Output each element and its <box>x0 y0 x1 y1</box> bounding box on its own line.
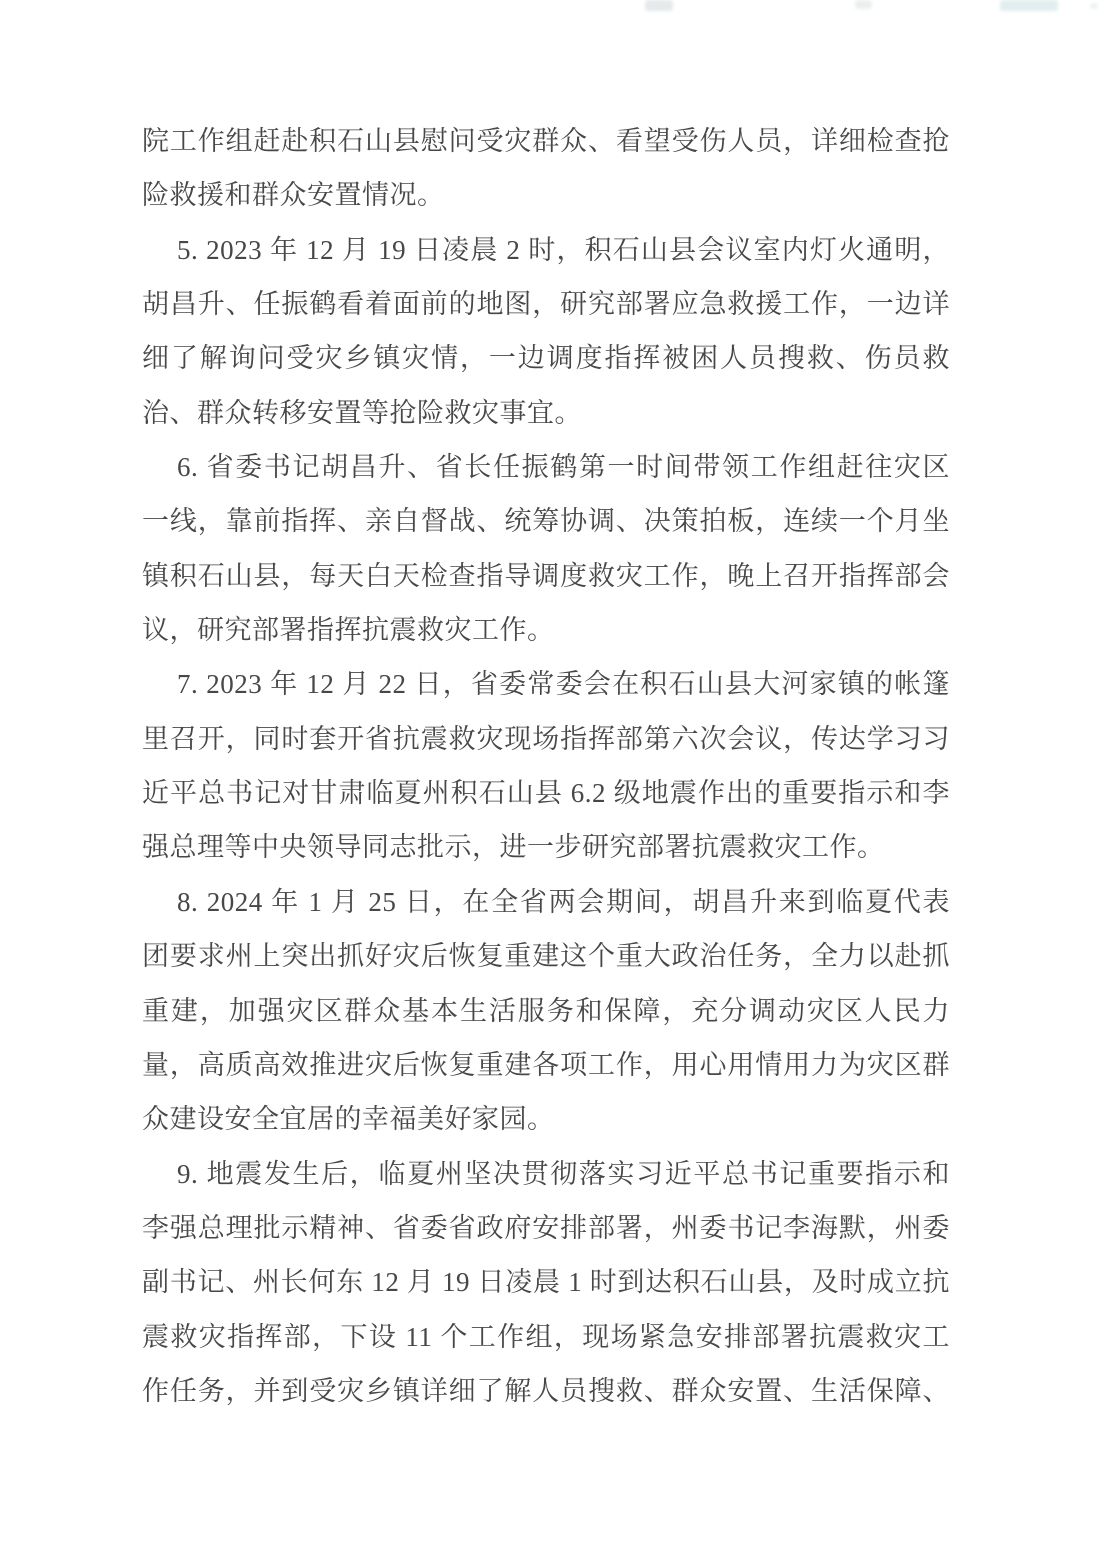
text-line: 9. 地震发生后，临夏州坚决贯彻落实习近平总书记重要指示和 <box>142 1147 950 1201</box>
text-line: 议，研究部署指挥抗震救灾工作。 <box>142 603 950 657</box>
text-line: 8. 2024 年 1 月 25 日，在全省两会期间，胡昌升来到临夏代表 <box>142 875 950 929</box>
text-line: 6. 省委书记胡昌升、省长任振鹤第一时间带领工作组赶往灾区 <box>142 440 950 494</box>
text-line: 近平总书记对甘肃临夏州积石山县 6.2 级地震作出的重要指示和李 <box>142 766 950 820</box>
text-line: 镇积石山县，每天白天检查指导调度救灾工作，晚上召开指挥部会 <box>142 549 950 603</box>
text-line: 治、群众转移安置等抢险救灾事宜。 <box>142 386 950 440</box>
text-line: 众建设安全宜居的幸福美好家园。 <box>142 1092 950 1146</box>
document-body: 院工作组赶赴积石山县慰问受灾群众、看望受伤人员，详细检查抢 险救援和群众安置情况… <box>142 114 950 1418</box>
text-line: 量，高质高效推进灾后恢复重建各项工作，用心用情用力为灾区群 <box>142 1038 950 1092</box>
text-line: 震救灾指挥部，下设 11 个工作组，现场紧急安排部署抗震救灾工 <box>142 1310 950 1364</box>
scan-smudge <box>1000 0 1058 11</box>
text-line: 险救援和群众安置情况。 <box>142 168 950 222</box>
text-line: 一线，靠前指挥、亲自督战、统筹协调、决策拍板，连续一个月坐 <box>142 494 950 548</box>
scan-smudge <box>1090 3 1098 9</box>
text-line: 胡昌升、任振鹤看着面前的地图，研究部署应急救援工作，一边详 <box>142 277 950 331</box>
scan-smudge <box>855 0 872 9</box>
text-line: 5. 2023 年 12 月 19 日凌晨 2 时，积石山县会议室内灯火通明， <box>142 223 950 277</box>
text-line: 强总理等中央领导同志批示，进一步研究部署抗震救灾工作。 <box>142 820 950 874</box>
text-line: 里召开，同时套开省抗震救灾现场指挥部第六次会议，传达学习习 <box>142 712 950 766</box>
text-line: 重建，加强灾区群众基本生活服务和保障，充分调动灾区人民力 <box>142 984 950 1038</box>
text-line: 副书记、州长何东 12 月 19 日凌晨 1 时到达积石山县，及时成立抗 <box>142 1255 950 1309</box>
text-line: 作任务，并到受灾乡镇详细了解人员搜救、群众安置、生活保障、 <box>142 1364 950 1418</box>
scanned-document-page: 院工作组赶赴积石山县慰问受灾群众、看望受伤人员，详细检查抢 险救援和群众安置情况… <box>0 0 1099 1559</box>
text-line: 院工作组赶赴积石山县慰问受灾群众、看望受伤人员，详细检查抢 <box>142 114 950 168</box>
scan-smudge <box>645 0 673 11</box>
text-line: 细了解询问受灾乡镇灾情，一边调度指挥被困人员搜救、伤员救 <box>142 331 950 385</box>
text-line: 李强总理批示精神、省委省政府安排部署，州委书记李海默，州委 <box>142 1201 950 1255</box>
text-line: 7. 2023 年 12 月 22 日，省委常委会在积石山县大河家镇的帐篷 <box>142 657 950 711</box>
text-line: 团要求州上突出抓好灾后恢复重建这个重大政治任务，全力以赴抓 <box>142 929 950 983</box>
